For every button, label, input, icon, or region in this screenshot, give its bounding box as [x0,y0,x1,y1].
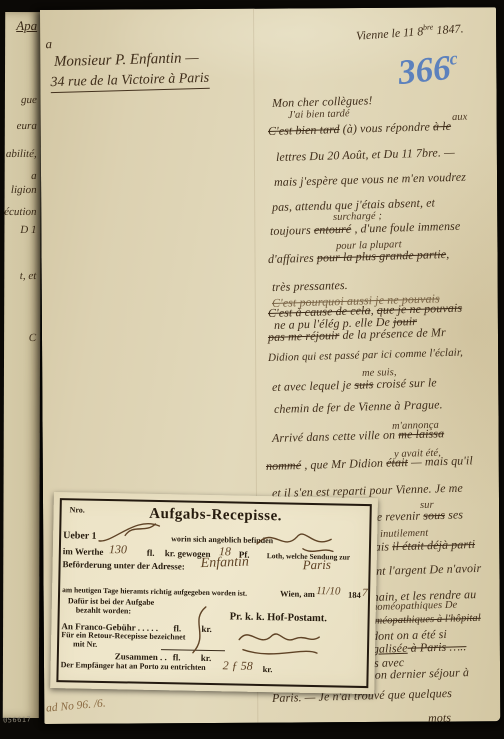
letter-text: (à) vous répondre [339,119,433,136]
pen-stroke [183,603,212,658]
letter-line: mots [428,710,451,726]
letter-text: aux [452,112,468,123]
letter-date-superscript: bre [423,22,434,32]
letter-line: De revenir sous ses [368,507,464,525]
struck-text: nommé [266,458,302,473]
margin-fragment: gue [21,94,37,106]
struck-text: à Paris ….. [407,639,466,655]
struck-text: à le [433,119,451,133]
struck-text: suis [354,377,373,392]
margin-fragment: D 1 [20,224,36,236]
letter-date-year: 1847. [433,21,464,37]
address-line-1: a [45,32,208,53]
receipt-mit-nr-label: mit Nr. [73,639,97,648]
struck-text: me laissa [398,426,444,441]
receipt-handwritten-date: 11/10 [316,585,340,597]
letter-text: Arrivé dans cette ville on [272,427,399,445]
letter-line: ant l'argent De n'avoir [370,561,482,579]
receipt-ueber-label: Ueber 1 [63,530,97,542]
struck-text: pas me réjouir [268,328,340,344]
letter-text: Mon cher collègues! [272,93,373,110]
margin-fragment: écution [4,206,36,218]
letter-text: mon dernier séjour à [366,665,469,682]
margin-fragment: ligion [11,184,37,196]
receipt-handwritten-destination: Paris [303,557,331,573]
recipient-address: a Monsieur P. Enfantin — 34 rue de la Vi… [45,32,209,94]
receipt-kr-label: kr. [263,664,273,674]
pen-flourish [95,517,166,546]
receipt-werthe-label: im Werthe [63,546,104,557]
letter-text: et avec lequel je [272,378,355,394]
margin-fragment: t, et [20,270,37,282]
letter-text: , d'une foule immense [351,219,460,236]
letter-text: de la présence de Mr [339,325,446,342]
adjacent-page-edge: Apa gue eura abilité, a ligion écution D… [3,12,41,718]
struck-text: C'est bien tard [268,122,340,138]
letter-line: légalisée à Paris ….. [364,639,467,657]
archival-number-blue: 366c [396,47,460,93]
margin-fragment: eura [17,120,37,132]
receipt-fl-label: fl. [147,548,155,558]
pen-flourish [253,524,338,556]
letter-text: — mais qu'il [408,453,473,469]
letter-text: croisé sur le [373,375,437,391]
struck-text: il était déjà parti [392,537,475,553]
letter-text: ant l'argent De n'avoir [370,561,482,578]
letter-text: J'ai bien tardé [288,108,350,121]
receipt-handwritten-addressee: Enfantin [200,554,249,572]
letter-text: très pressantes. [272,278,348,294]
receipt-handwritten-porto: 2 ƒ 58 [223,658,253,674]
receipt-fl-column: fl. [173,652,181,662]
catalog-number: 056617 [3,716,32,725]
struck-text: sous [423,508,445,523]
receipt-wien-am-label: Wien, am [280,588,315,599]
letter-text: ses [445,507,463,521]
letter-text: toujours [270,223,314,238]
letter-text: mots [428,710,451,725]
interline-insert: aux [452,112,468,123]
margin-fragment: abilité, [6,148,37,160]
receipt-handwritten-value: 130 [109,542,127,557]
letter-text: , que Mr Didion [301,456,386,472]
interline-insert: J'ai bien tardé [288,108,350,121]
address-line-2: Monsieur P. Enfantin — [54,50,209,71]
scanned-letter: Apa gue eura abilité, a ligion écution D… [0,0,504,739]
margin-fragment: C [29,332,36,344]
letter-line: très pressantes. [272,278,348,295]
letter-text: , [446,247,449,261]
postal-receipt-form: Nro. Aufgabs-Recepisse. Ueber 1 worin si… [50,492,378,694]
struck-text: pour la plus grande partie [317,247,447,265]
letter-line: mais il était déjà parti [366,537,475,555]
margin-fragment: a [31,170,37,182]
margin-fragment: Apa [16,18,37,34]
archival-number-digits: 366 [396,48,452,92]
letter-line: mon dernier séjour à [366,665,469,683]
struck-text: entouré [314,222,352,237]
receipt-handwritten-year: 7 [362,587,368,599]
receipt-bezahlt-label: bezahlt worden: [76,605,131,615]
clerk-signature [233,621,326,661]
letter-text: d'affaires [268,251,317,266]
receipt-year-label: 184 [348,590,361,600]
struck-text: était [386,455,408,470]
